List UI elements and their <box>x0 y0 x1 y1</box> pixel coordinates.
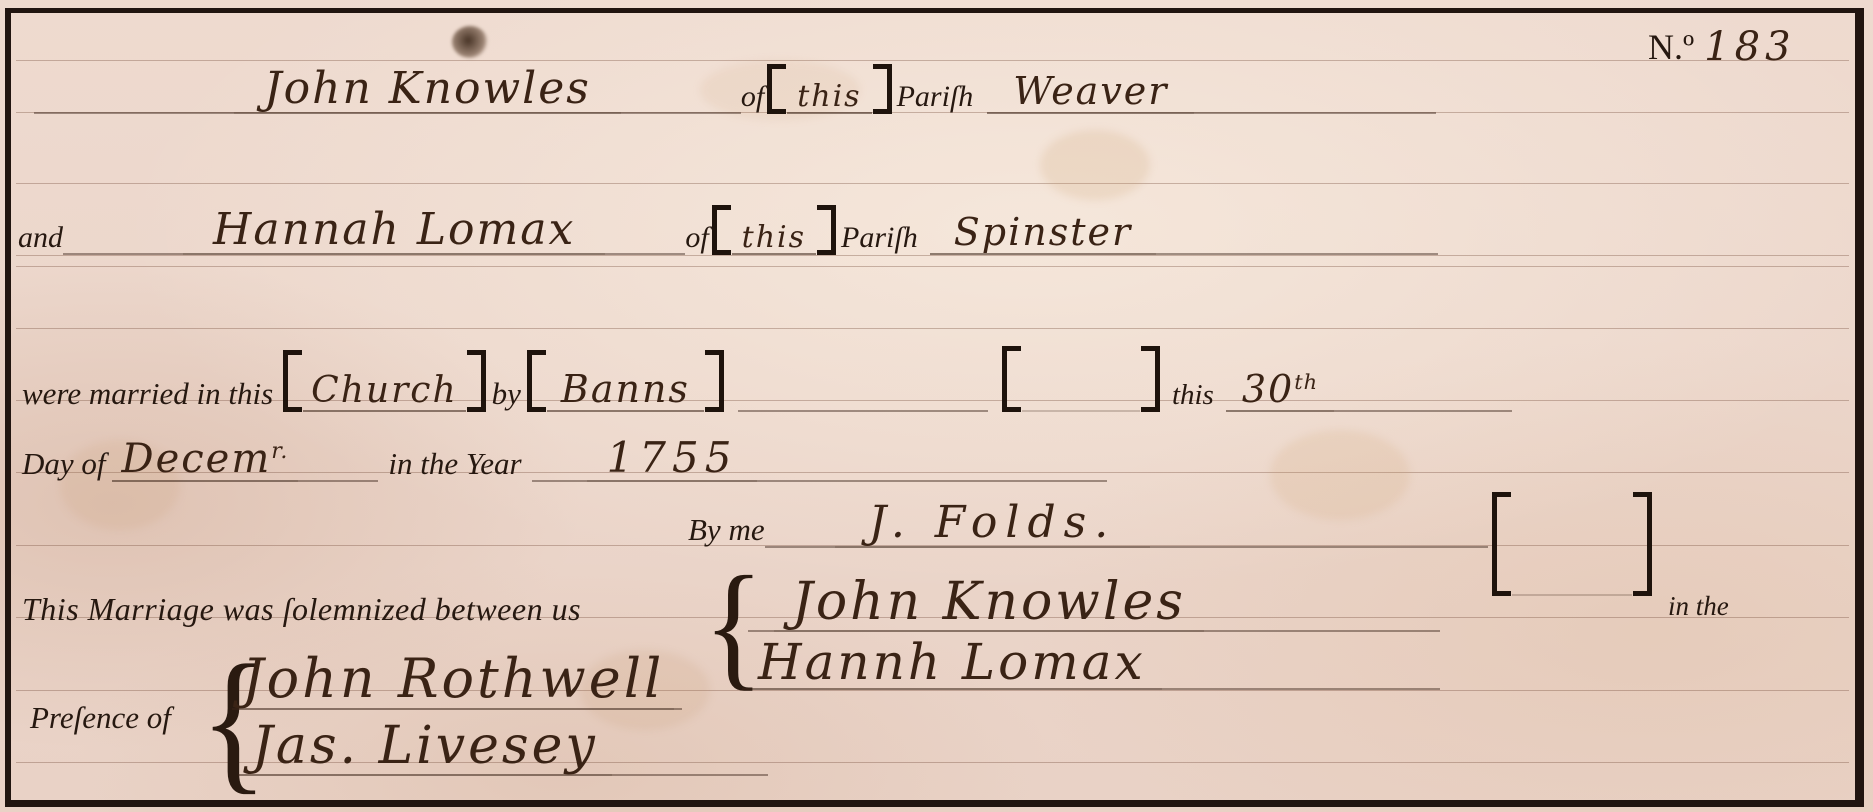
bracket-close-mark <box>1140 346 1160 412</box>
entry-line <box>748 630 774 632</box>
bracket-open-mark <box>712 205 732 255</box>
bracket-close-mark <box>816 205 836 255</box>
ruled-line <box>16 183 1849 184</box>
bride-signature: Hannh Lomax <box>742 636 1162 691</box>
day-suffix: th <box>1294 370 1318 394</box>
entry-line <box>1204 630 1440 632</box>
this-label: this <box>1160 379 1226 412</box>
month-suffix: r. <box>271 439 288 464</box>
bride-condition: Spinster <box>930 213 1156 255</box>
of-label: of <box>741 80 767 114</box>
year-label: in the Year <box>378 446 531 482</box>
paper-stain <box>1040 130 1150 200</box>
and-label: and <box>18 221 63 255</box>
entry-line <box>34 112 234 114</box>
entry-line <box>1194 112 1436 114</box>
marriage-line: were married in this Church by Banns thi… <box>22 346 1512 412</box>
bracket-open-mark <box>767 64 787 114</box>
of-label: of <box>685 221 711 255</box>
entry-line <box>612 774 768 776</box>
presence-label: Preſence of <box>30 700 171 736</box>
groom-name: John Knowles <box>234 66 621 114</box>
entry-line <box>757 480 1107 482</box>
entry-line <box>605 253 685 255</box>
date-line: Day of Decemr. in the Year 1755 <box>22 424 1107 482</box>
witness1-signature: John Rothwell <box>232 651 674 710</box>
method-value: Banns <box>547 370 704 412</box>
in-the-row: in the <box>1668 588 1729 622</box>
bracket-open-mark <box>527 350 547 412</box>
month-value: Decemr. <box>112 438 299 482</box>
in-the-label: in the <box>1668 591 1729 622</box>
entry-line <box>1162 688 1440 690</box>
entry-line <box>738 410 988 412</box>
entry-line <box>298 480 378 482</box>
bride-parish-value: this <box>732 222 816 256</box>
groom-parish-value: this <box>787 81 871 115</box>
licence-bracket-block <box>1492 492 1652 596</box>
bracket-close-mark <box>466 350 486 412</box>
married-label: were married in this <box>22 376 283 412</box>
bracket-close-mark <box>872 64 892 114</box>
bracket-open-mark <box>283 350 303 412</box>
ruled-line <box>16 255 1849 256</box>
bracket-open-mark <box>1002 346 1022 412</box>
witness2-signature: Jas. Livesey <box>238 719 612 776</box>
parish-label: Pariſh <box>892 80 974 114</box>
entry-line <box>765 546 835 548</box>
presence-label-row: Preſence of <box>30 692 171 736</box>
witness2-signature-row: Jas. Livesey <box>238 712 768 776</box>
entry-number-value: 183 <box>1694 26 1795 68</box>
entry-line <box>1150 546 1488 548</box>
entry-number-label: N.º <box>1648 26 1694 68</box>
bride-name: Hannah Lomax <box>183 207 605 255</box>
by-label: by <box>486 376 527 412</box>
solemnized-label-row: This Marriage was ſolemnized between us <box>22 582 581 628</box>
day-of-label: Day of <box>22 446 106 482</box>
venue-value: Church <box>303 372 465 412</box>
ruled-line <box>16 328 1849 329</box>
witness1-signature-row: John Rothwell <box>232 648 682 710</box>
day-value: 30th <box>1226 370 1334 412</box>
entry-line <box>1156 253 1438 255</box>
ruled-line <box>16 266 1849 267</box>
entry-line <box>1334 410 1512 412</box>
groom-line: John Knowles of this Pariſh Weaver <box>34 52 1436 114</box>
entry-line <box>1512 594 1632 596</box>
parish-label: Pariſh <box>836 221 918 255</box>
groom-signature: John Knowles <box>774 575 1204 632</box>
bracket-close-mark <box>1632 492 1652 596</box>
register-page: N.º 183 John Knowles of this Pariſh Weav… <box>0 0 1873 812</box>
by-me-label: By me <box>688 512 765 548</box>
entry-line <box>1022 410 1140 412</box>
officiant-signature: J. Folds. <box>835 500 1151 548</box>
entry-line <box>621 112 741 114</box>
bracket-open-mark <box>1492 492 1512 596</box>
entry-line <box>674 708 682 710</box>
solemnized-label: This Marriage was ſolemnized between us <box>22 591 581 628</box>
entry-line <box>532 480 587 482</box>
entry-line <box>63 253 183 255</box>
groom-occupation: Weaver <box>987 72 1194 114</box>
year-value: 1755 <box>587 436 758 482</box>
groom-signature-row: John Knowles <box>748 572 1440 632</box>
officiant-line: By me J. Folds. <box>688 492 1488 548</box>
entry-number-block: N.º 183 <box>1648 20 1796 68</box>
bracket-close-mark <box>704 350 724 412</box>
bride-line: and Hannah Lomax of this Pariſh Spinster <box>18 193 1438 255</box>
bride-signature-row: Hannh Lomax <box>742 634 1440 690</box>
